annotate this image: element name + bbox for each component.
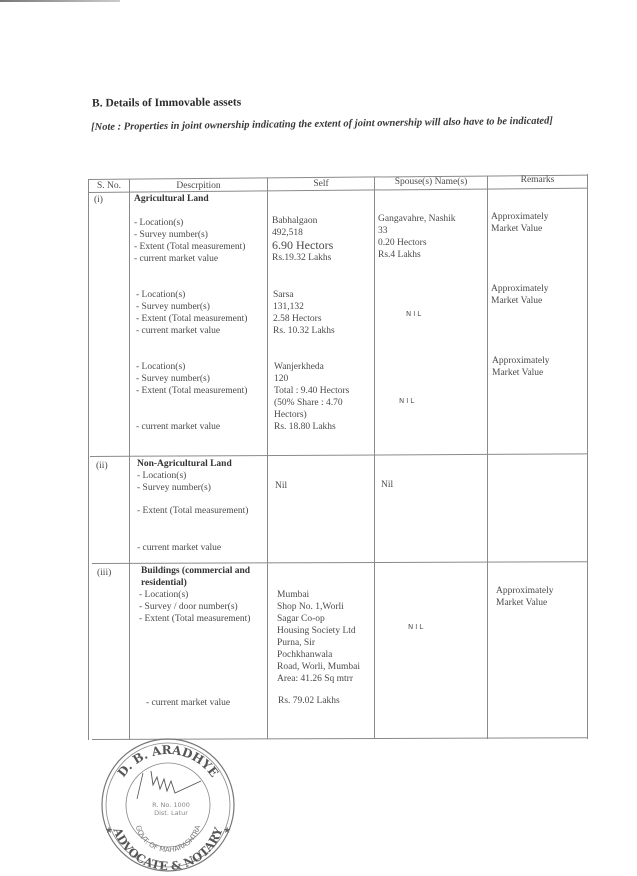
self-value: Rs. 10.32 Lakhs [273, 326, 335, 338]
label-location: - Location(s) [134, 218, 183, 230]
label-survey: - Survey number(s) [134, 230, 208, 242]
label-door: - Survey / door number(s) [139, 602, 238, 614]
self-survey: 120 [274, 374, 288, 386]
self-address-7: Road, Worli, Mumbai [277, 662, 360, 674]
self-location: Wanjerkheda [274, 362, 324, 374]
spouse-survey: 33 [378, 226, 388, 238]
self-address-2: Shop No. 1,Worli [277, 602, 344, 614]
self-nil: Nil [275, 481, 287, 493]
section-heading-buildings-1: Buildings (commercial and [141, 566, 250, 578]
spouse-handwritten-nil: NIL [408, 622, 425, 634]
remarks-3a: Approximately [492, 356, 550, 368]
self-address-1: Mumbai [277, 590, 309, 602]
self-address-5: Purna, Sir [277, 638, 315, 650]
sno-1: (i) [94, 195, 103, 207]
row-divider-2 [92, 561, 588, 564]
label-value: - current market value [136, 326, 220, 338]
col-line-1 [129, 179, 130, 740]
self-address-3: Sagar Co-op [277, 614, 325, 626]
label-survey: - Survey number(s) [136, 302, 210, 314]
label-value: - current market value [137, 543, 221, 555]
label-survey: - Survey number(s) [137, 483, 211, 495]
remarks-2a: Approximately [491, 284, 549, 296]
label-survey: - Survey number(s) [136, 374, 210, 386]
remarks-4a: Approximately [496, 586, 554, 598]
self-value: Rs.19.32 Lakhs [272, 253, 331, 265]
self-extent: 6.90 Hectors [272, 239, 333, 252]
spouse-handwritten-nil: NIL [399, 396, 416, 408]
label-location: - Location(s) [136, 290, 185, 302]
section-heading-agricultural: Agricultural Land [134, 194, 209, 206]
svg-text:★: ★ [105, 825, 113, 835]
label-location: - Location(s) [137, 471, 186, 483]
remarks-1a: Approximately [491, 212, 549, 224]
remarks-4b: Market Value [496, 598, 547, 610]
svg-text:GOVT. OF MAHARASHTRA: GOVT. OF MAHARASHTRA [134, 824, 203, 854]
header-remarks: Remarks [488, 175, 587, 187]
label-location: - Location(s) [139, 590, 188, 602]
header-spouse: Spouse(s) Name(s) [375, 177, 487, 189]
remarks-3b: Market Value [492, 368, 543, 380]
header-description: Descrpition [130, 181, 267, 193]
label-extent: - Extent (Total measurement) [136, 386, 247, 398]
notary-stamp-seal: D. B. ARADHYE ADVOCATE & NOTARY GOVT. OF… [93, 733, 243, 873]
label-value: - current market value [136, 422, 220, 434]
label-extent: - Extent (Total measurement) [136, 314, 247, 326]
self-area: Area: 41.26 Sq mtrr [277, 674, 353, 686]
col-line-2 [267, 178, 268, 739]
self-location: Babhalgaon [272, 216, 317, 228]
col-line-4 [487, 176, 488, 739]
self-location: Sarsa [273, 290, 294, 302]
label-extent: - Extent (Total measurement) [139, 614, 250, 626]
label-location: - Location(s) [136, 362, 185, 374]
self-address-4: Housing Society Ltd [277, 626, 356, 638]
svg-text:D. B. ARADHYE: D. B. ARADHYE [115, 743, 221, 780]
section-heading-non-agricultural: Non-Agricultural Land [137, 459, 232, 471]
header-self: Self [268, 179, 374, 191]
self-address-6: Pochkhanwala [277, 650, 332, 662]
svg-text:★: ★ [223, 825, 231, 835]
self-extent: 2.58 Hectors [273, 314, 322, 326]
header-sno: S. No. [89, 181, 129, 193]
section-heading-buildings-2: residential) [141, 578, 187, 590]
sno-3: (iii) [97, 568, 111, 580]
self-extent-total: Total : 9.40 Hectors [274, 386, 349, 398]
label-value: - current market value [146, 698, 230, 710]
label-extent: - Extent (Total measurement) [134, 242, 245, 254]
spouse-location: Gangavahre, Nashik [378, 214, 456, 226]
row-divider-1 [90, 453, 588, 457]
self-value: Rs. 18.80 Lakhs [274, 422, 336, 434]
svg-text:R. No. 1000: R. No. 1000 [152, 801, 190, 809]
spouse-handwritten-nil: NIL [406, 309, 423, 321]
self-value: Rs. 79.02 Lakhs [278, 696, 340, 708]
col-line-5 [587, 174, 588, 739]
svg-text:Dist. Latur: Dist. Latur [154, 809, 188, 817]
col-line-3 [374, 177, 375, 739]
label-extent: - Extent (Total measurement) [137, 506, 248, 518]
self-extent-share: (50% Share : 4.70 [274, 398, 343, 410]
col-line-0 [88, 179, 89, 740]
self-survey: 131,132 [273, 302, 304, 314]
self-extent-share-unit: Hectors) [274, 410, 307, 422]
spouse-extent: 0.20 Hectors [378, 238, 427, 250]
label-value: - current market value [134, 254, 218, 266]
spouse-value: Rs.4 Lakhs [378, 250, 421, 262]
remarks-2b: Market Value [491, 296, 542, 308]
spouse-nil: Nil [381, 480, 393, 492]
remarks-1b: Market Value [491, 224, 542, 236]
sno-2: (ii) [96, 461, 108, 473]
